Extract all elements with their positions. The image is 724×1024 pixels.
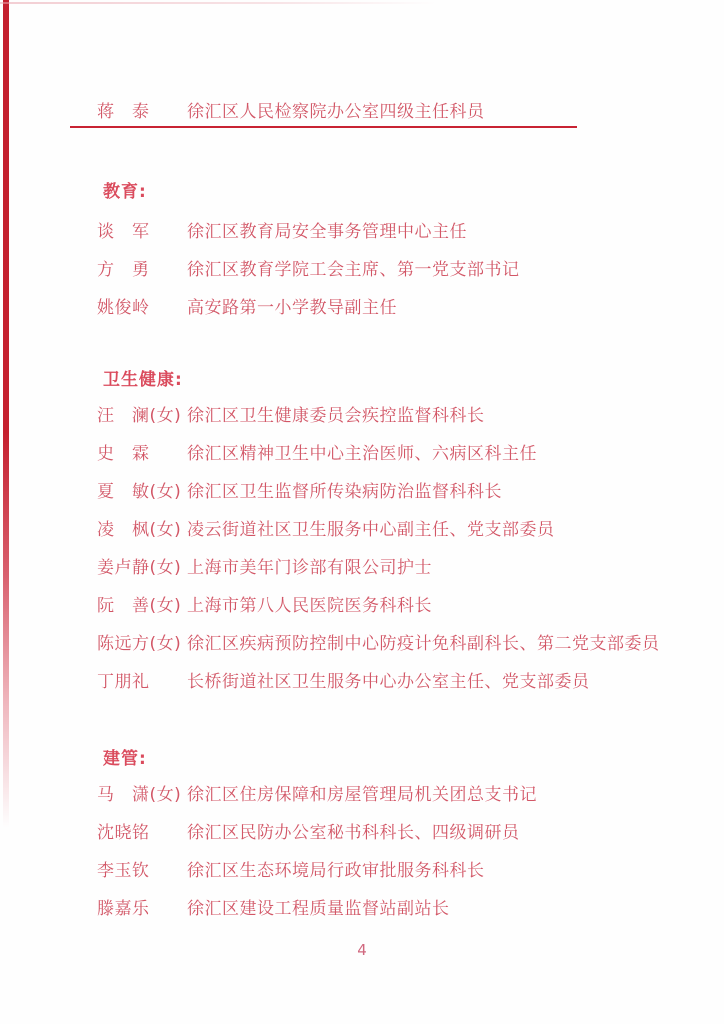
person-title: 上海市第八人民医院医务科科长 [187,594,704,618]
roster-entry: 夏 敏(女) 徐汇区卫生监督所传染病防治监督科科长 [97,480,704,518]
person-name: 夏 敏(女) [97,480,187,504]
person-name: 阮 善(女) [97,594,187,618]
person-name: 姜卢静(女) [97,556,187,580]
section-rows: 汪 澜(女) 徐汇区卫生健康委员会疾控监督科科长 史 霖 徐汇区精神卫生中心主治… [97,404,704,708]
person-title: 徐汇区民防办公室秘书科科长、四级调研员 [187,821,704,845]
person-name: 汪 澜(女) [97,404,187,428]
section-heading: 教育: [103,180,704,204]
roster-entry: 李玉钦 徐汇区生态环境局行政审批服务科科长 [97,859,704,897]
section-construction: 建管: 马 潇(女) 徐汇区住房保障和房屋管理局机关团总支书记 沈晓铭 徐汇区民… [97,747,704,935]
person-title: 徐汇区精神卫生中心主治医师、六病区科主任 [187,442,704,466]
person-name: 蒋 泰 [97,100,187,124]
roster-entry: 凌 枫(女) 凌云街道社区卫生服务中心副主任、党支部委员 [97,518,704,556]
person-title: 徐汇区生态环境局行政审批服务科科长 [187,859,704,883]
roster-entry: 谈 军 徐汇区教育局安全事务管理中心主任 [97,220,704,258]
document-page: 蒋 泰 徐汇区人民检察院办公室四级主任科员 教育: 谈 军 徐汇区教育局安全事务… [0,0,724,1024]
person-title: 徐汇区人民检察院办公室四级主任科员 [187,100,704,124]
person-title: 徐汇区教育学院工会主席、第一党支部书记 [187,258,704,282]
person-name: 沈晓铭 [97,821,187,845]
roster-entry: 陈远方(女) 徐汇区疾病预防控制中心防疫计免科副科长、第二党支部委员 [97,632,704,670]
person-title: 徐汇区住房保障和房屋管理局机关团总支书记 [187,783,704,807]
person-title: 长桥街道社区卫生服务中心办公室主任、党支部委员 [187,670,704,694]
roster-entry: 阮 善(女) 上海市第八人民医院医务科科长 [97,594,704,632]
section-health: 卫生健康: 汪 澜(女) 徐汇区卫生健康委员会疾控监督科科长 史 霖 徐汇区精神… [97,368,704,708]
section-heading: 卫生健康: [103,368,704,392]
person-name: 谈 军 [97,220,187,244]
person-title: 徐汇区教育局安全事务管理中心主任 [187,220,704,244]
separator-line [70,126,577,128]
roster-entry: 方 勇 徐汇区教育学院工会主席、第一党支部书记 [97,258,704,296]
roster-entry: 汪 澜(女) 徐汇区卫生健康委员会疾控监督科科长 [97,404,704,442]
roster-entry: 姜卢静(女) 上海市美年门诊部有限公司护士 [97,556,704,594]
person-name: 方 勇 [97,258,187,282]
person-name: 马 潇(女) [97,783,187,807]
left-edge-scan-streak [3,0,9,900]
person-name: 滕嘉乐 [97,897,187,921]
section-education: 教育: 谈 军 徐汇区教育局安全事务管理中心主任 方 勇 徐汇区教育学院工会主席… [97,180,704,334]
page-number: 4 [0,941,724,959]
person-name: 陈远方(女) [97,632,187,656]
person-title: 凌云街道社区卫生服务中心副主任、党支部委员 [187,518,704,542]
roster-entry: 沈晓铭 徐汇区民防办公室秘书科科长、四级调研员 [97,821,704,859]
section-rows: 谈 军 徐汇区教育局安全事务管理中心主任 方 勇 徐汇区教育学院工会主席、第一党… [97,220,704,334]
person-title: 徐汇区疾病预防控制中心防疫计免科副科长、第二党支部委员 [187,632,704,656]
person-title: 上海市美年门诊部有限公司护士 [187,556,704,580]
roster-entry: 丁朋礼 长桥街道社区卫生服务中心办公室主任、党支部委员 [97,670,704,708]
person-title: 徐汇区卫生监督所传染病防治监督科科长 [187,480,704,504]
section-rows: 马 潇(女) 徐汇区住房保障和房屋管理局机关团总支书记 沈晓铭 徐汇区民防办公室… [97,783,704,935]
roster-entry: 姚俊岭 高安路第一小学教导副主任 [97,296,704,334]
roster-entry: 马 潇(女) 徐汇区住房保障和房屋管理局机关团总支书记 [97,783,704,821]
person-name: 丁朋礼 [97,670,187,694]
person-name: 史 霖 [97,442,187,466]
person-name: 姚俊岭 [97,296,187,320]
person-name: 凌 枫(女) [97,518,187,542]
top-edge-scan-line [0,2,460,4]
roster-entry: 滕嘉乐 徐汇区建设工程质量监督站副站长 [97,897,704,935]
person-name: 李玉钦 [97,859,187,883]
roster-entry: 蒋 泰 徐汇区人民检察院办公室四级主任科员 [97,100,704,124]
person-title: 徐汇区卫生健康委员会疾控监督科科长 [187,404,704,428]
roster-entry: 史 霖 徐汇区精神卫生中心主治医师、六病区科主任 [97,442,704,480]
person-title: 徐汇区建设工程质量监督站副站长 [187,897,704,921]
person-title: 高安路第一小学教导副主任 [187,296,704,320]
section-heading: 建管: [103,747,704,771]
